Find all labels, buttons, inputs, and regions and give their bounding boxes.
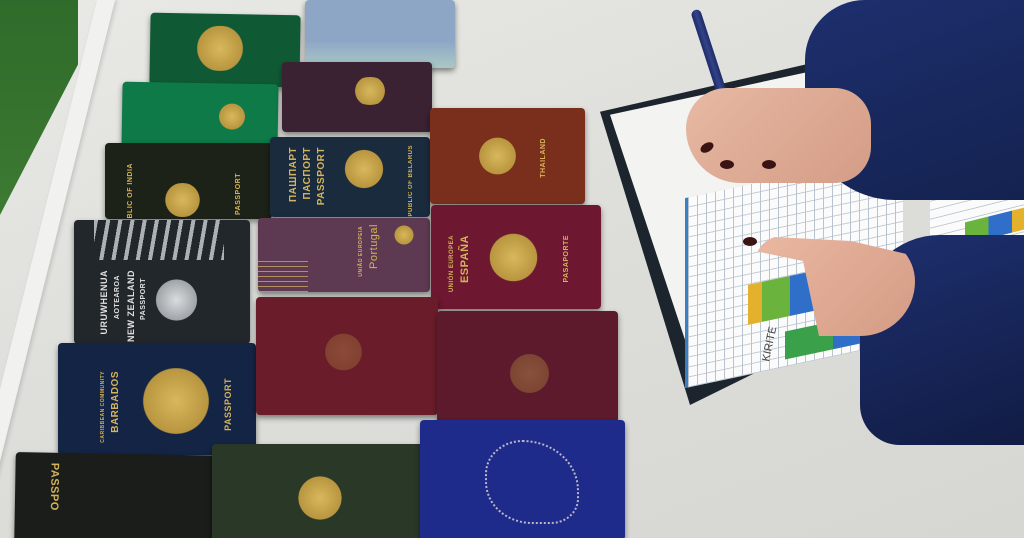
passport-honduras [420,420,625,538]
passport-burgundy-2 [437,311,618,423]
passport-japan [282,62,432,132]
passport-black-bottom: PASSPO [14,452,234,538]
passport-saudi-arabia [121,82,278,153]
passport-portugal: UNIÃO EUROPEIA Portugal [258,218,430,292]
passport-thailand: THAILAND [430,108,585,204]
fingernail [743,237,757,246]
fingernail [720,160,734,169]
passport-belarus: ПАШПАРТ ПАСПОРТ PASSPORT REPUBLIC OF BEL… [270,137,430,217]
passport-pakistan [149,13,300,88]
fingernail [762,160,776,169]
passport-spain: UNIÓN EUROPEA ESPAÑA PASAPORTE [431,205,601,309]
passport-burgundy-1 [256,297,438,415]
photo-scene: REPUBLIC OF INDIA PASSPORT URUWHENUA AOT… [0,0,1024,538]
passport-india: REPUBLIC OF INDIA PASSPORT [105,143,272,219]
writing-hand [686,88,871,183]
passport-light-blue [305,0,455,68]
passport-dark-green-bottom [212,444,424,538]
passport-new-zealand: URUWHENUA AOTEAROA NEW ZEALAND PASSPORT [74,220,250,344]
passport-barbados: CARIBBEAN COMMUNITY BARBADOS PASSPORT [58,343,256,455]
